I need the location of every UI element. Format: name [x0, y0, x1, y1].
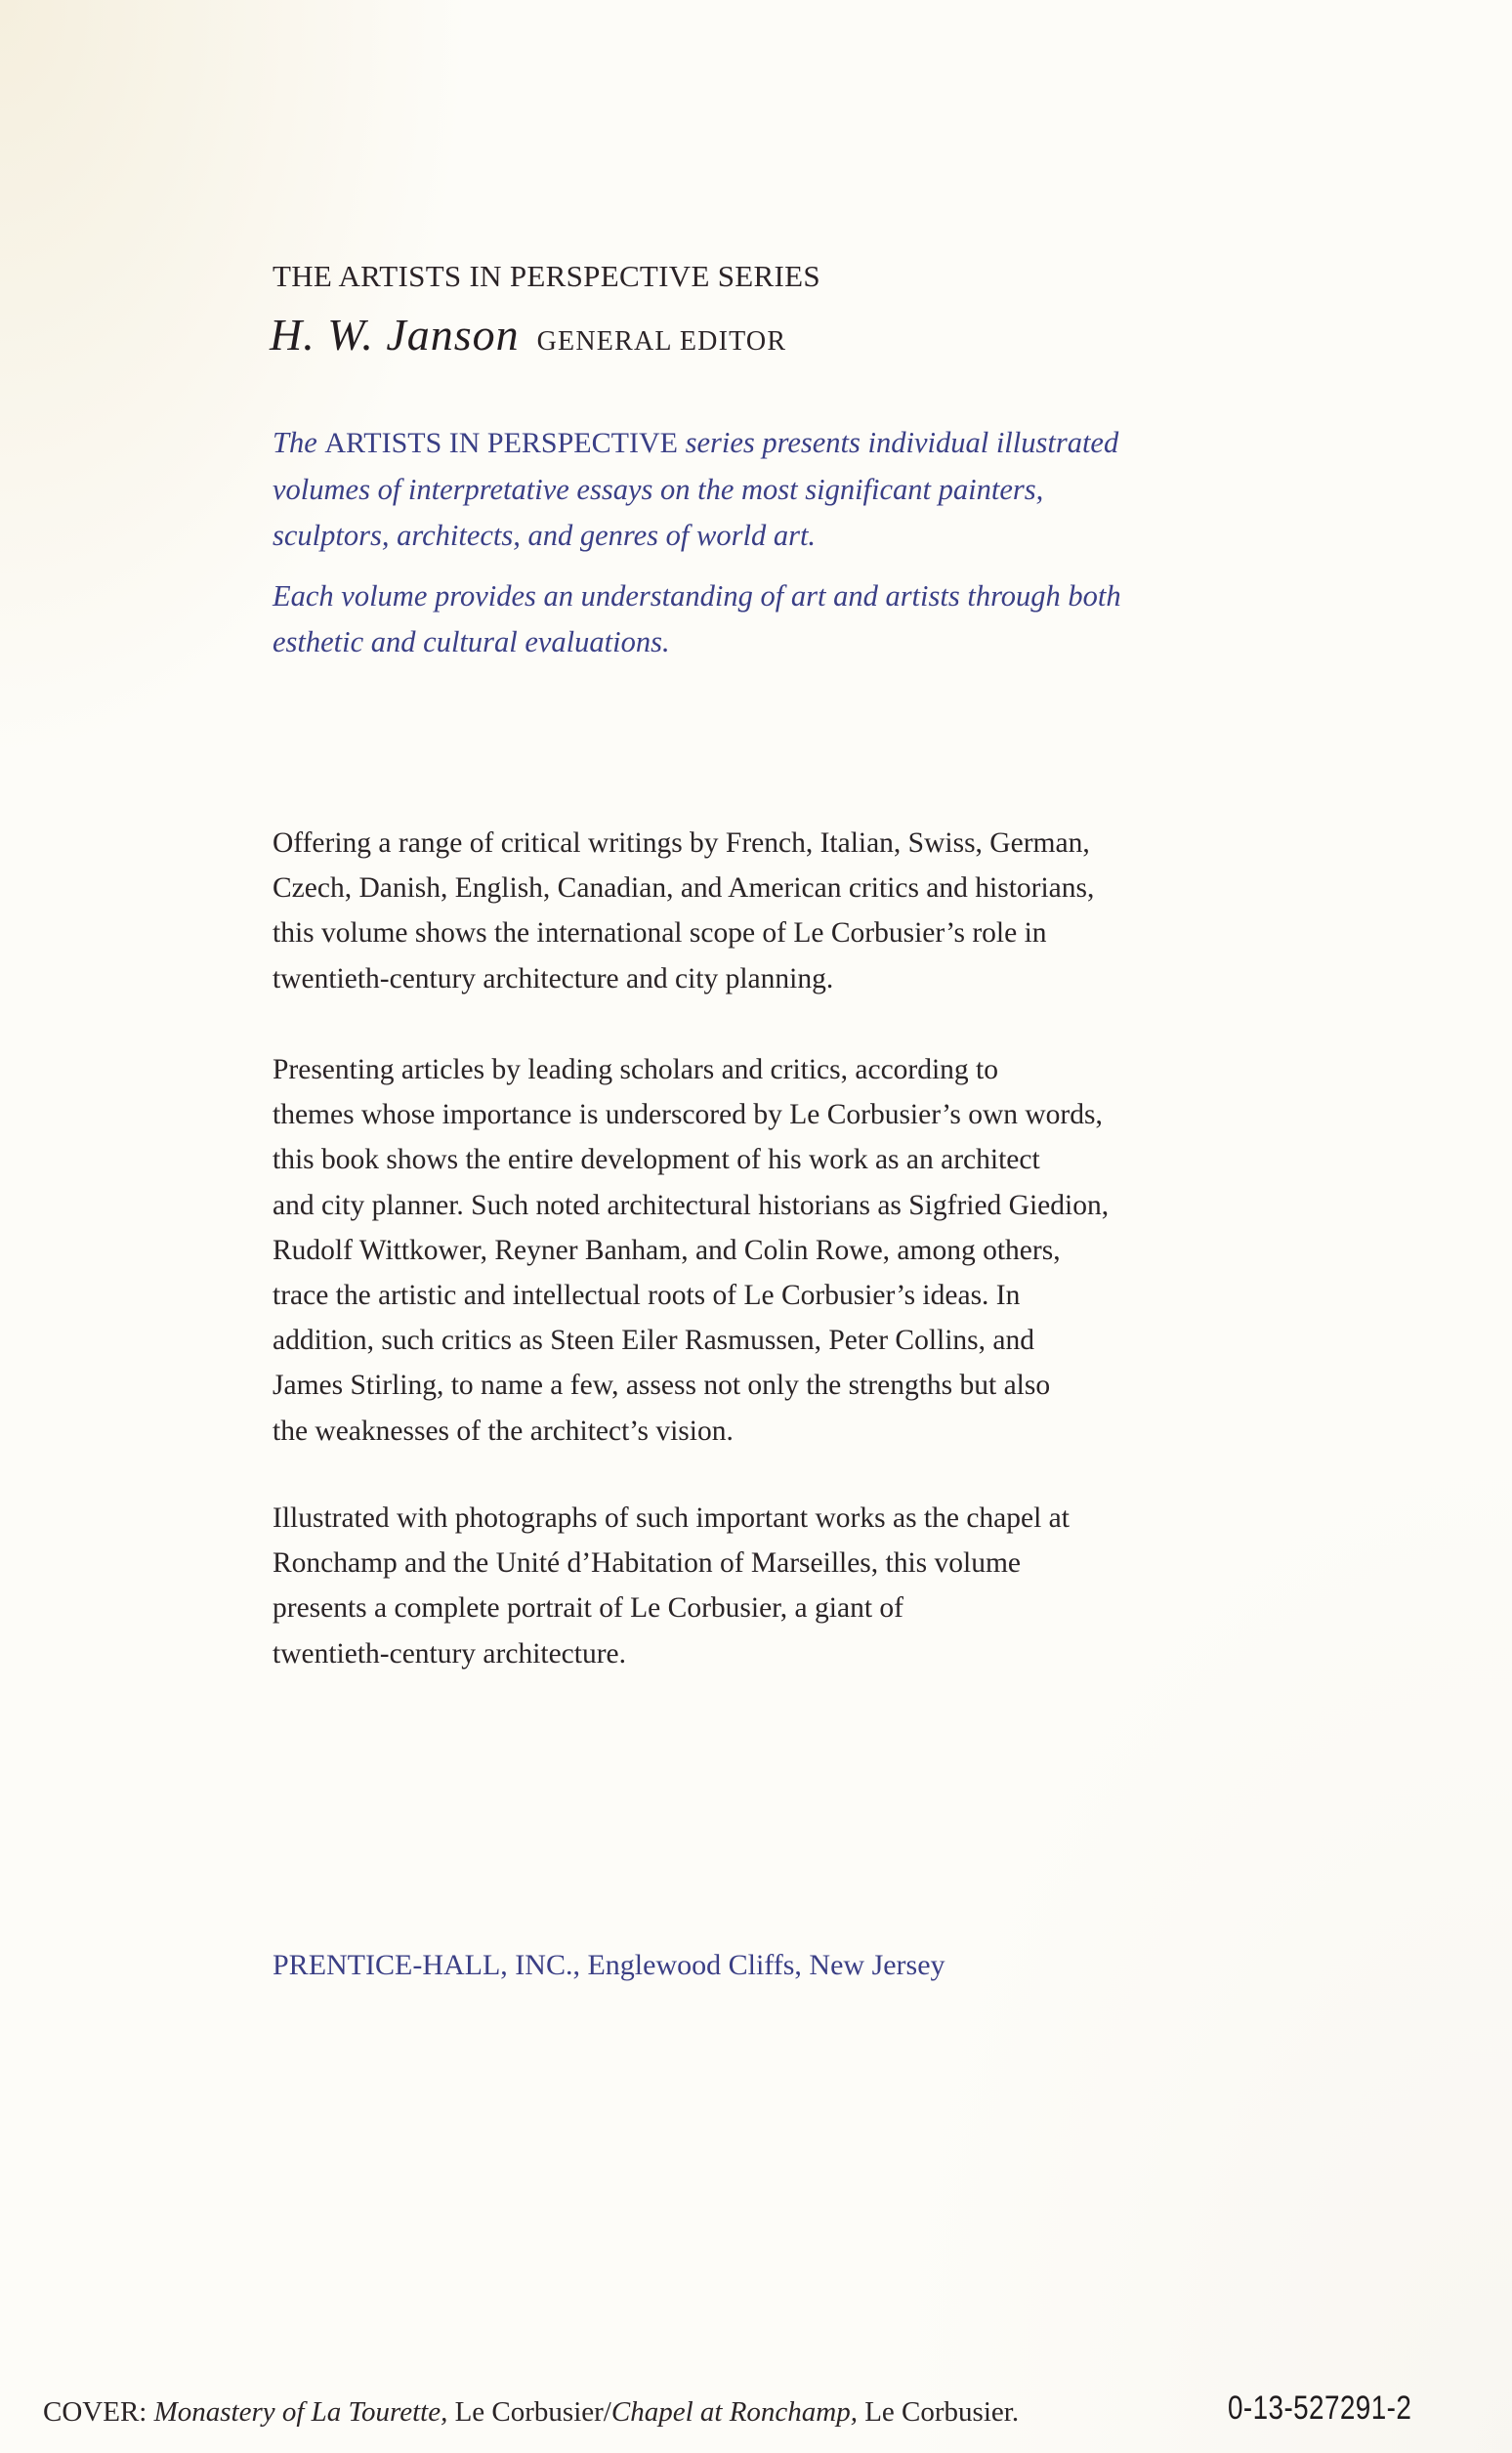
blurb-line-text: series presents individual illustrated — [686, 426, 1119, 459]
body-line: Czech, Danish, English, Canadian, and Am… — [273, 866, 1279, 910]
body-line: Illustrated with photographs of such imp… — [273, 1496, 1279, 1541]
blurb-line: volumes of interpretative essays on the … — [273, 467, 1269, 514]
description-paragraph-3: Illustrated with photographs of such imp… — [273, 1496, 1279, 1676]
body-line: the weaknesses of the architect’s vision… — [273, 1409, 1279, 1454]
blurb-line: sculptors, architects, and genres of wor… — [273, 513, 1269, 560]
body-line: addition, such critics as Steen Eiler Ra… — [273, 1318, 1279, 1363]
publisher-imprint: PRENTICE-HALL, INC., Englewood Cliffs, N… — [273, 1949, 945, 1982]
blurb-line: esthetic and cultural evaluations. — [273, 619, 1269, 666]
body-line: and city planner. Such noted architectur… — [273, 1183, 1279, 1228]
body-line: this book shows the entire development o… — [273, 1137, 1279, 1182]
body-line: James Stirling, to name a few, assess no… — [273, 1363, 1279, 1408]
body-line: Offering a range of critical writings by… — [273, 821, 1279, 866]
body-line: Presenting articles by leading scholars … — [273, 1047, 1279, 1092]
series-title: THE ARTISTS IN PERSPECTIVE SERIES — [273, 259, 820, 294]
body-line: trace the artistic and intellectual root… — [273, 1273, 1279, 1318]
cover-label: COVER: — [43, 2396, 147, 2428]
editor-name: H. W. Janson — [270, 309, 520, 360]
publisher-name: PRENTICE-HALL, INC., — [273, 1949, 580, 1981]
cover-artist-2: Le Corbusier. — [864, 2396, 1019, 2428]
body-line: twentieth-century architecture and city … — [273, 956, 1279, 1001]
description-paragraph-1: Offering a range of critical writings by… — [273, 821, 1279, 1001]
book-back-cover: THE ARTISTS IN PERSPECTIVE SERIES H. W. … — [0, 0, 1512, 2453]
description-paragraph-2: Presenting articles by leading scholars … — [273, 1047, 1279, 1454]
blurb-paragraph-1: The ARTISTS IN PERSPECTIVE series presen… — [273, 420, 1269, 560]
cover-artist-1: Le Corbusier/ — [455, 2396, 611, 2428]
cover-work-2: Chapel at Ronchamp, — [611, 2396, 858, 2428]
series-blurb: The ARTISTS IN PERSPECTIVE series presen… — [273, 420, 1269, 680]
body-line: themes whose importance is underscored b… — [273, 1092, 1279, 1137]
body-line: Rudolf Wittkower, Reyner Banham, and Col… — [273, 1228, 1279, 1273]
body-line: presents a complete portrait of Le Corbu… — [273, 1586, 1279, 1630]
cover-work-1: Monastery of La Tourette, — [154, 2396, 448, 2428]
blurb-line: Each volume provides an understanding of… — [273, 573, 1269, 620]
series-name: ARTISTS IN PERSPECTIVE — [324, 427, 678, 459]
blurb-lead: The — [273, 426, 317, 459]
editor-credit: H. W. Janson GENERAL EDITOR — [270, 309, 786, 360]
body-line: twentieth-century architecture. — [273, 1631, 1279, 1676]
isbn-number: 0-13-527291-2 — [1228, 2390, 1411, 2428]
body-line: Ronchamp and the Unité d’Habitation of M… — [273, 1541, 1279, 1586]
editor-role: GENERAL EDITOR — [537, 326, 787, 358]
publisher-location: Englewood Cliffs, New Jersey — [587, 1949, 945, 1981]
blurb-paragraph-2: Each volume provides an understanding of… — [273, 573, 1269, 666]
cover-caption: COVER: Monastery of La Tourette, Le Corb… — [43, 2396, 1019, 2429]
blurb-line: The ARTISTS IN PERSPECTIVE series presen… — [273, 420, 1269, 467]
body-line: this volume shows the international scop… — [273, 910, 1279, 955]
